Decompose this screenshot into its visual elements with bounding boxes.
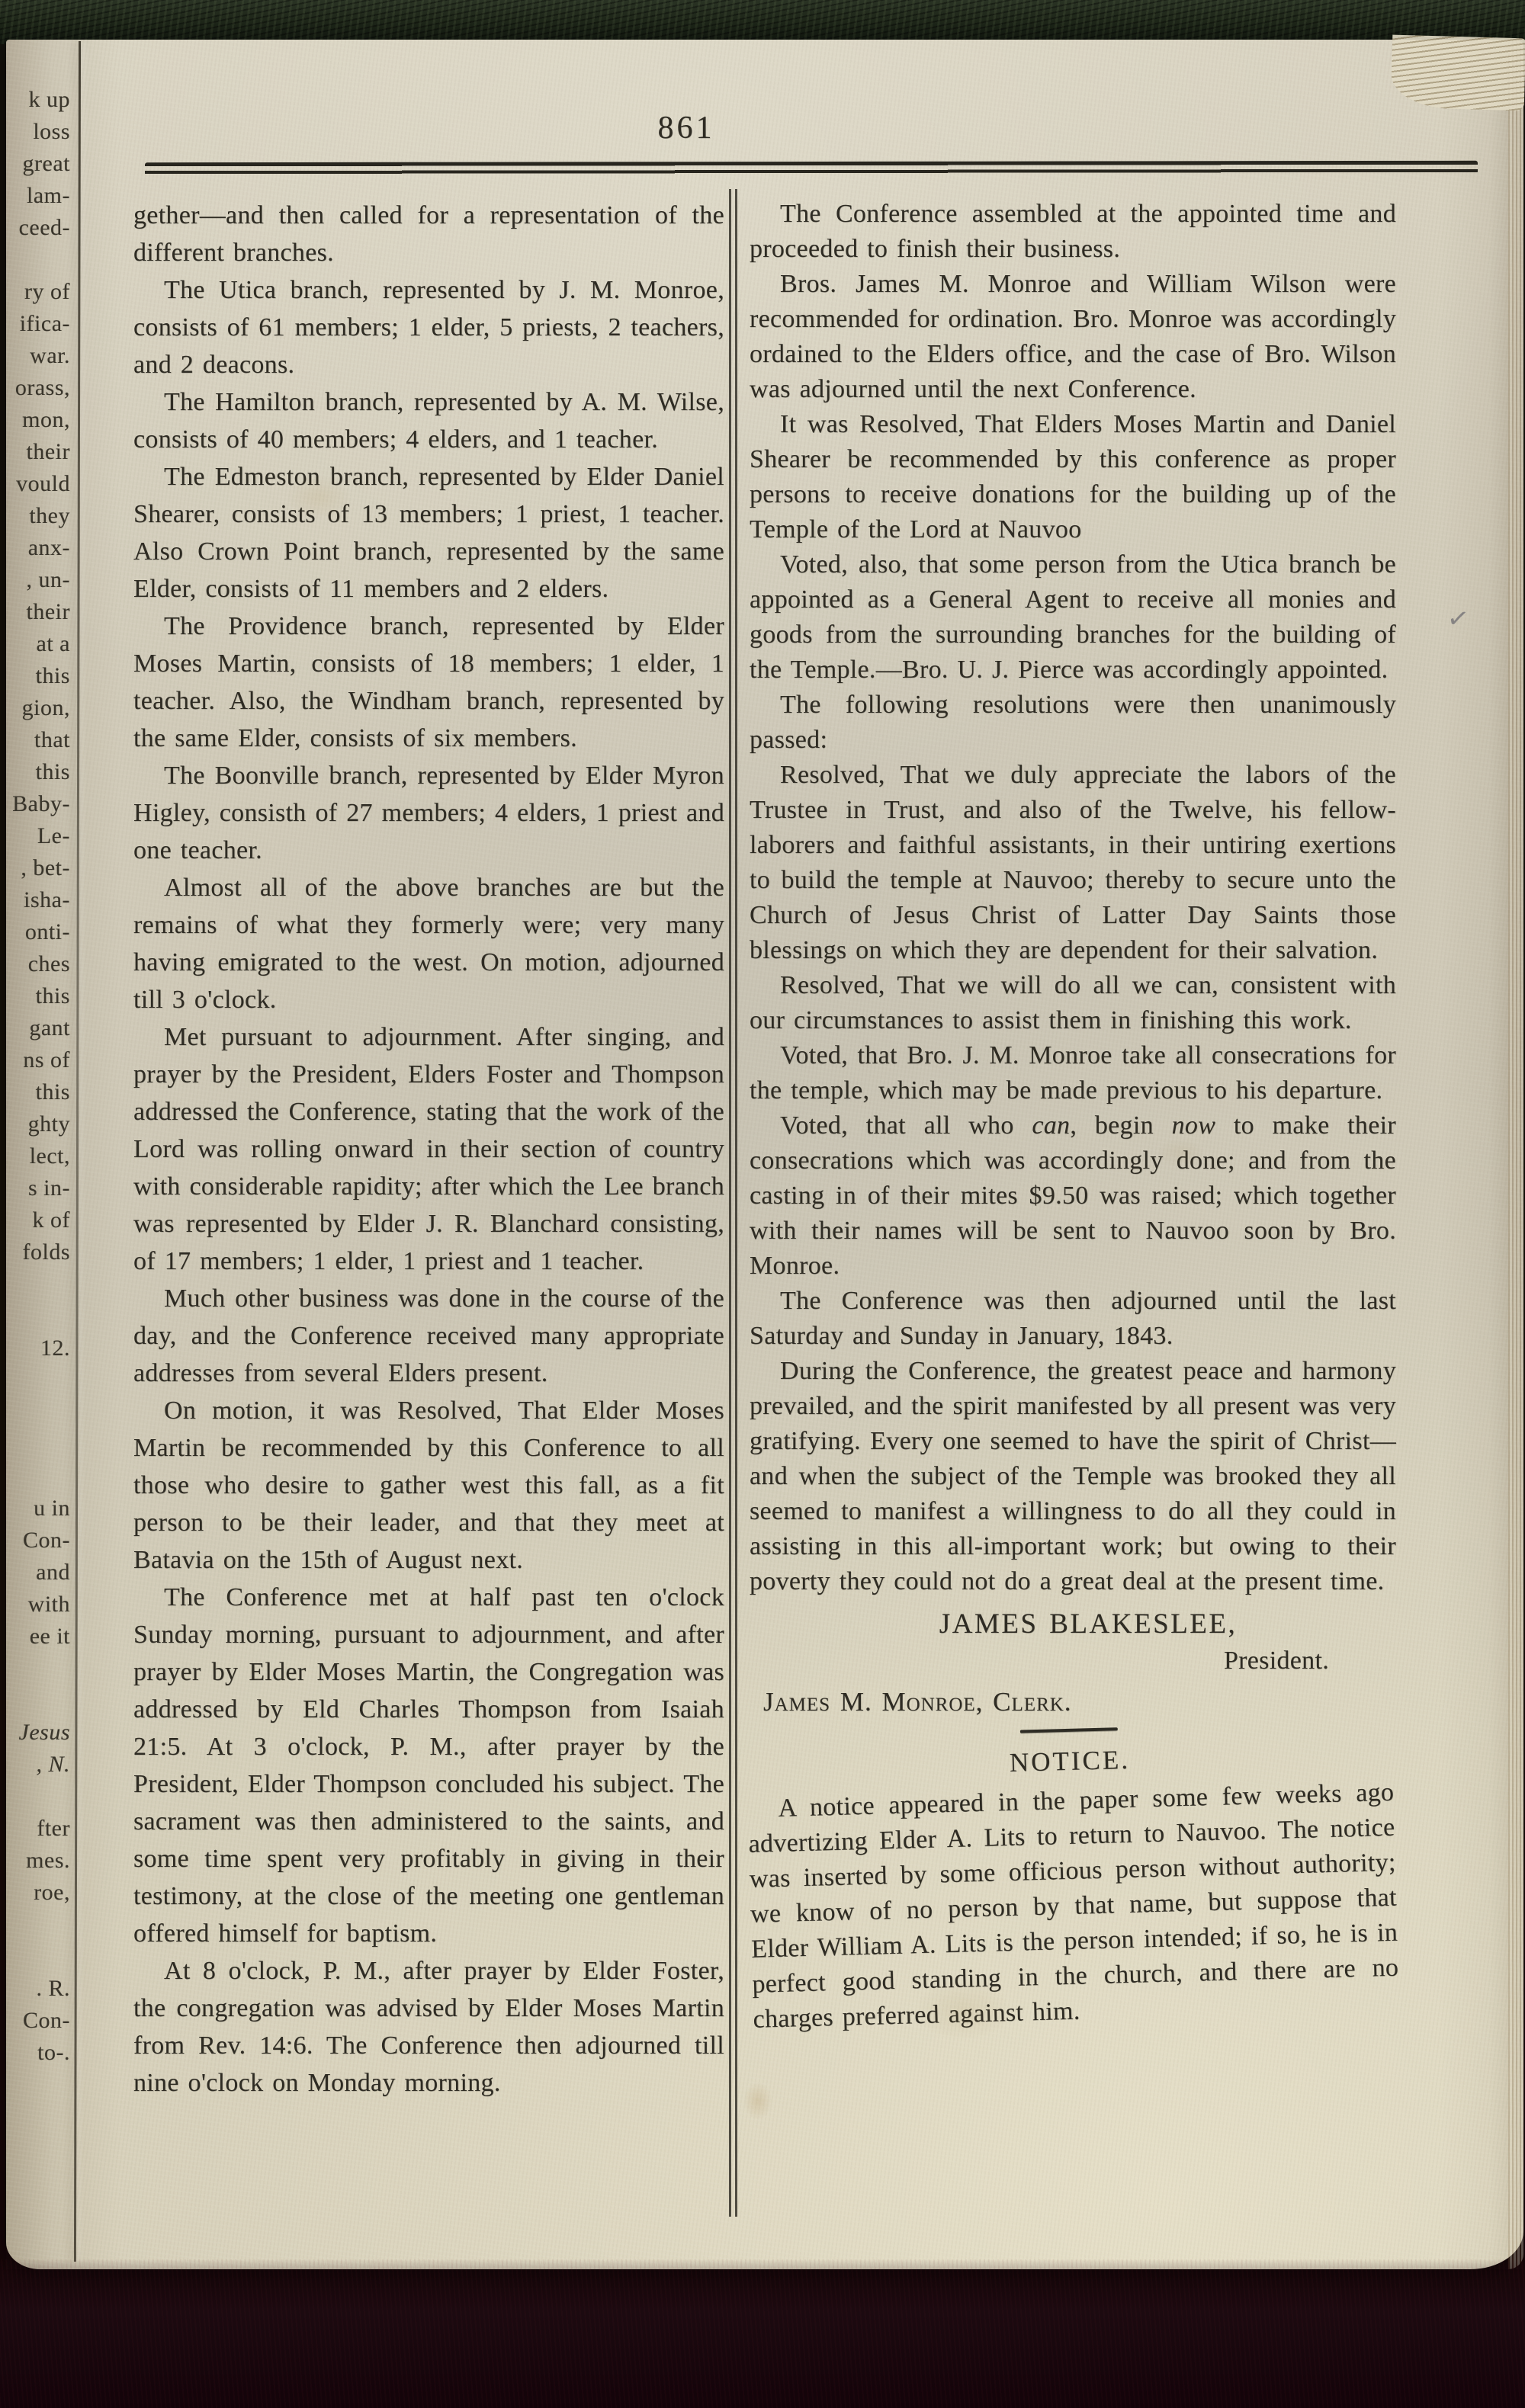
- text-fragment: onti-: [6, 916, 70, 948]
- text-fragment: gion,: [6, 692, 70, 724]
- paragraph: Resolved, That we will do all we can, co…: [750, 968, 1396, 1038]
- text-fragment: Con-: [6, 2005, 70, 2037]
- page: k uplossgreatlam-ceed- ry ofifica-war.or…: [6, 40, 1523, 2269]
- text-fragment: to-.: [6, 2037, 70, 2069]
- notice-divider-rule: [1020, 1727, 1118, 1733]
- paragraph: Resolved, That we duly appreciate the la…: [750, 758, 1396, 968]
- paragraph: Voted, that Bro. J. M. Monroe take all c…: [750, 1038, 1396, 1108]
- text-fragment: k of: [6, 1204, 70, 1236]
- paragraph: gether—and then called for a representat…: [133, 197, 724, 271]
- book-scan: k uplossgreatlam-ceed- ry ofifica-war.or…: [0, 0, 1525, 2408]
- text-fragment: at a: [6, 628, 70, 660]
- pencil-check-mark: ✓: [1445, 602, 1471, 636]
- text-fragment: Le-: [6, 820, 70, 852]
- text-fragment: war.: [6, 340, 70, 372]
- text-fragment: s in-: [6, 1172, 70, 1204]
- paragraph: The Conference met at half past ten o'cl…: [133, 1579, 724, 1952]
- text-fragment: roe,: [6, 1877, 70, 1909]
- signature-president-name: JAMES BLAKESLEE,: [750, 1607, 1396, 1642]
- text-fragment: with: [6, 1589, 70, 1621]
- text-fragment: ifica-: [6, 308, 70, 340]
- text-fragment: that: [6, 724, 70, 756]
- paragraph: Voted, that all who can, begin now to ma…: [750, 1108, 1396, 1284]
- text-fragment: [6, 244, 70, 276]
- text-fragment: their: [6, 596, 70, 628]
- text-fragment: vould: [6, 468, 70, 500]
- text-fragment: mon,: [6, 404, 70, 436]
- text-fragment: [6, 1781, 70, 1813]
- notice-section: NOTICE. A notice appeared in the paper s…: [746, 1720, 1400, 2038]
- paragraph: Voted, also, that some person from the U…: [750, 547, 1396, 688]
- text-fragment: [6, 1685, 70, 1717]
- paragraph: Bros. James M. Monroe and William Wilson…: [750, 267, 1396, 407]
- text-fragment: [6, 1653, 70, 1685]
- paragraph: At 8 o'clock, P. M., after prayer by Eld…: [133, 1952, 724, 2102]
- text-fragment: Baby-: [6, 788, 70, 820]
- text-fragment: isha-: [6, 884, 70, 916]
- notice-body: A notice appeared in the paper some few …: [747, 1775, 1400, 2038]
- signature-president-title: President.: [750, 1643, 1396, 1679]
- text-fragment: and: [6, 1557, 70, 1589]
- text-fragment: this: [6, 756, 70, 788]
- column-divider-rule: [729, 189, 738, 2217]
- text-fragment: lect,: [6, 1140, 70, 1172]
- paragraph: Met pursuant to adjournment. After singi…: [133, 1018, 724, 1280]
- text-fragment: Con-: [6, 1525, 70, 1557]
- page-fold-line: [74, 41, 81, 2262]
- paragraph: It was Resolved, That Elders Moses Marti…: [750, 407, 1396, 547]
- text-fragment: [6, 1268, 70, 1300]
- text-fragment: [6, 1909, 70, 1941]
- paragraph: The Providence branch, represented by El…: [133, 608, 724, 757]
- text-fragment: orass,: [6, 372, 70, 404]
- page-stack-top-right: [1391, 35, 1525, 111]
- text-fragment: ns of: [6, 1044, 70, 1076]
- right-column-paragraphs: The Conference assembled at the appointe…: [750, 197, 1396, 1599]
- text-fragment: this: [6, 660, 70, 692]
- text-fragment: k up: [6, 84, 70, 116]
- text-fragment: anx-: [6, 532, 70, 564]
- text-fragment: ceed-: [6, 212, 70, 244]
- text-fragment: . R.: [6, 1973, 70, 2005]
- left-column: gether—and then called for a representat…: [133, 197, 724, 2102]
- paragraph: Almost all of the above branches are but…: [133, 869, 724, 1018]
- text-fragment: ry of: [6, 276, 70, 308]
- text-fragment: [6, 1941, 70, 1973]
- paragraph: The Edmeston branch, represented by Elde…: [133, 458, 724, 608]
- book-cover-bottom: [0, 2259, 1525, 2408]
- paragraph: The Hamilton branch, represented by A. M…: [133, 383, 724, 458]
- text-fragment: [6, 1300, 70, 1332]
- paragraph: The Utica branch, represented by J. M. M…: [133, 271, 724, 383]
- text-fragment: this: [6, 980, 70, 1012]
- text-fragment: , bet-: [6, 852, 70, 884]
- text-fragment: mes.: [6, 1845, 70, 1877]
- text-fragment: ghty: [6, 1108, 70, 1140]
- text-fragment: great: [6, 148, 70, 180]
- text-fragment: [6, 1428, 70, 1461]
- text-fragment: [6, 1396, 70, 1428]
- text-fragment: they: [6, 500, 70, 532]
- text-fragment: [6, 1364, 70, 1396]
- paragraph: The Boonville branch, represented by Eld…: [133, 757, 724, 869]
- text-fragment: ee it: [6, 1621, 70, 1653]
- text-fragment: 12.: [6, 1332, 70, 1364]
- paragraph: During the Conference, the greatest peac…: [750, 1354, 1396, 1599]
- page-number: 861: [610, 110, 762, 146]
- paragraph: Much other business was done in the cour…: [133, 1280, 724, 1392]
- paragraph: The Conference assembled at the appointe…: [750, 197, 1396, 267]
- text-fragment: this: [6, 1076, 70, 1108]
- text-fragment: Jesus: [6, 1717, 70, 1749]
- text-fragment: lam-: [6, 180, 70, 212]
- text-fragment: [6, 1461, 70, 1493]
- paragraph: The following resolutions were then unan…: [750, 688, 1396, 758]
- paragraph: The Conference was then adjourned until …: [750, 1284, 1396, 1354]
- text-fragment: gant: [6, 1012, 70, 1044]
- text-fragment: ches: [6, 948, 70, 980]
- text-fragment: loss: [6, 116, 70, 148]
- paragraph: On motion, it was Resolved, That Elder M…: [133, 1392, 724, 1579]
- text-fragment: , N.: [6, 1749, 70, 1781]
- text-fragment: their: [6, 436, 70, 468]
- signature-clerk-line: James M. Monroe, Clerk.: [750, 1685, 1396, 1720]
- text-fragment: , un-: [6, 564, 70, 596]
- previous-page-text-fragments: k uplossgreatlam-ceed- ry ofifica-war.or…: [6, 84, 70, 2069]
- header-rule: [145, 161, 1478, 175]
- text-fragment: folds: [6, 1236, 70, 1268]
- page-fore-edge: [1508, 40, 1523, 2269]
- book-cover-top: [0, 0, 1525, 44]
- right-column: The Conference assembled at the appointe…: [750, 197, 1396, 2031]
- text-fragment: fter: [6, 1813, 70, 1845]
- text-fragment: u in: [6, 1493, 70, 1525]
